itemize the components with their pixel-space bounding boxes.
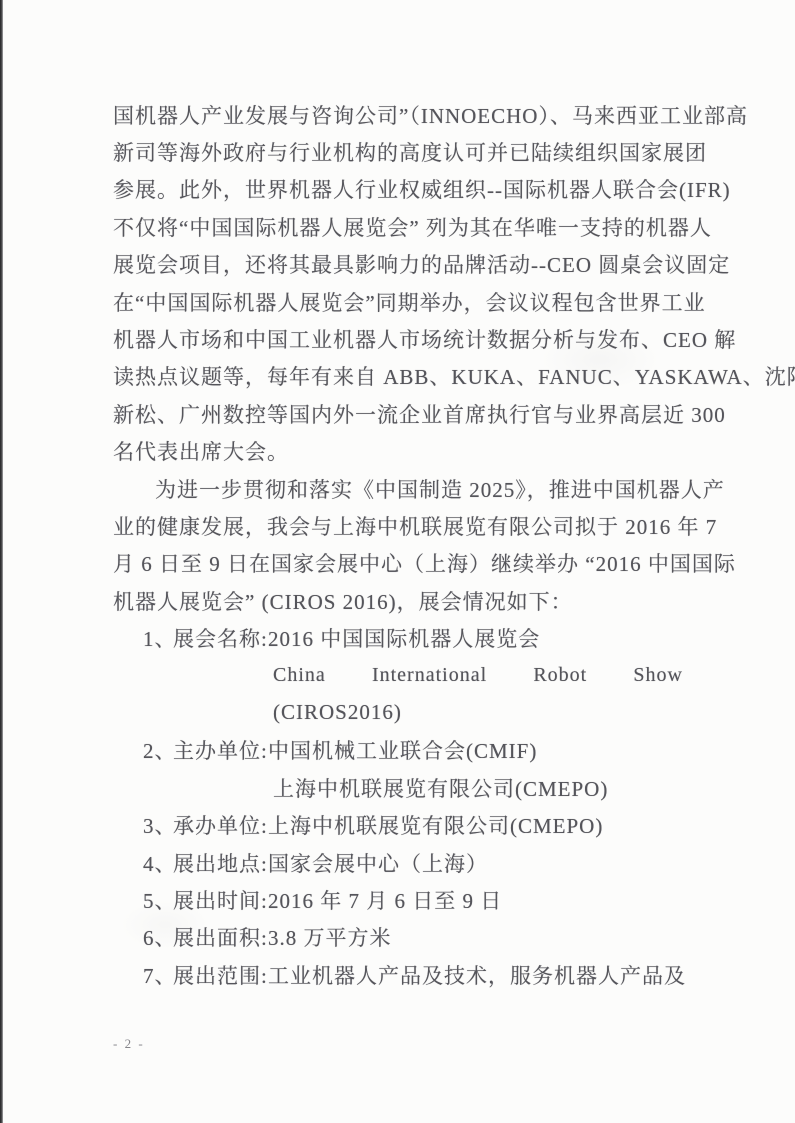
list-item-label: 展出范围: (173, 960, 268, 990)
text-line: 月 6 日至 9 日在国家会展中心（上海）继续举办 “2016 中国国际 (113, 545, 683, 582)
list-item-label: 主办单位: (173, 735, 268, 765)
text-line: 机器人展览会” (CIROS 2016)，展会情况如下： (113, 582, 683, 619)
scanned-document-page: 国机器人产业发展与咨询公司”（INNOECHO）、马来西亚工业部高新司等海外政府… (0, 0, 795, 1123)
text-line: 3、承办单位:上海中机联展览有限公司(CMEPO) (113, 806, 683, 843)
list-item-value: 工业机器人产品及技术，服务机器人产品及 (268, 960, 686, 990)
list-item-number: 5、 (143, 885, 173, 915)
document-body: 国机器人产业发展与咨询公司”（INNOECHO）、马来西亚工业部高新司等海外政府… (113, 96, 683, 993)
justified-english-line: ChinaInternationalRobotShow (273, 664, 683, 687)
list-item-label: 展会名称: (173, 623, 268, 653)
list-item-label: 承办单位: (173, 810, 268, 840)
list-item-number: 4、 (143, 848, 173, 878)
text-line: 上海中机联展览有限公司(CMEPO) (113, 769, 683, 806)
text-line: 5、展出时间:2016 年 7 月 6 日至 9 日 (113, 881, 683, 918)
page-number: - 2 - (113, 1036, 145, 1052)
text-line: 参展。此外，世界机器人行业权威组织--国际机器人联合会(IFR) (113, 171, 683, 208)
text-line: ChinaInternationalRobotShow (113, 657, 683, 694)
text-line: 2、主办单位:中国机械工业联合会(CMIF) (113, 732, 683, 769)
list-item-label: 展出地点: (173, 848, 268, 878)
list-item-value: 2016 年 7 月 6 日至 9 日 (268, 885, 502, 915)
text-line: 新松、广州数控等国内外一流企业首席执行官与业界高层近 300 (113, 395, 683, 432)
text-line: 1、展会名称:2016 中国国际机器人展览会 (113, 619, 683, 656)
list-item-label: 展出时间: (173, 885, 268, 915)
list-item-value: 上海中机联展览有限公司(CMEPO) (268, 810, 603, 840)
text-line: 4、展出地点:国家会展中心（上海） (113, 844, 683, 881)
word: Robot (533, 664, 587, 687)
list-item-number: 2、 (143, 735, 173, 765)
text-line: 业的健康发展，我会与上海中机联展览有限公司拟于 2016 年 7 (113, 507, 683, 544)
text-line: 新司等海外政府与行业机构的高度认可并已陆续组织国家展团 (113, 133, 683, 170)
word: Show (633, 664, 683, 687)
text-line: 名代表出席大会。 (113, 433, 683, 470)
word: International (372, 664, 487, 687)
text-line: 国机器人产业发展与咨询公司”（INNOECHO）、马来西亚工业部高 (113, 96, 683, 133)
scan-edge-artifact (0, 0, 3, 1123)
list-item-number: 7、 (143, 960, 173, 990)
text-line: 为进一步贯彻和落实《中国制造 2025》，推进中国机器人产 (113, 470, 683, 507)
text-lines: 国机器人产业发展与咨询公司”（INNOECHO）、马来西亚工业部高新司等海外政府… (113, 96, 683, 993)
list-item-value: 2016 中国国际机器人展览会 (268, 623, 540, 653)
list-item-label: 展出面积: (173, 922, 268, 952)
list-item-value: 中国机械工业联合会(CMIF) (268, 735, 537, 765)
list-item-value: 3.8 万平方米 (268, 922, 392, 952)
text-line: (CIROS2016) (113, 694, 683, 731)
text-line: 不仅将“中国国际机器人展览会” 列为其在华唯一支持的机器人 (113, 208, 683, 245)
text-line: 展览会项目，还将其最具影响力的品牌活动--CEO 圆桌会议固定 (113, 246, 683, 283)
text-line: 在“中国国际机器人展览会”同期举办，会议议程包含世界工业 (113, 283, 683, 320)
list-item-number: 6、 (143, 922, 173, 952)
word: China (273, 664, 326, 687)
text-line: 机器人市场和中国工业机器人市场统计数据分析与发布、CEO 解 (113, 320, 683, 357)
list-item-number: 1、 (143, 623, 173, 653)
text-line: 6、展出面积:3.8 万平方米 (113, 919, 683, 956)
text-line: 7、展出范围:工业机器人产品及技术，服务机器人产品及 (113, 956, 683, 993)
text-line: 读热点议题等，每年有来自 ABB、KUKA、FANUC、YASKAWA、沈阳 (113, 358, 683, 395)
list-item-number: 3、 (143, 810, 173, 840)
list-item-value: 国家会展中心（上海） (268, 848, 488, 878)
